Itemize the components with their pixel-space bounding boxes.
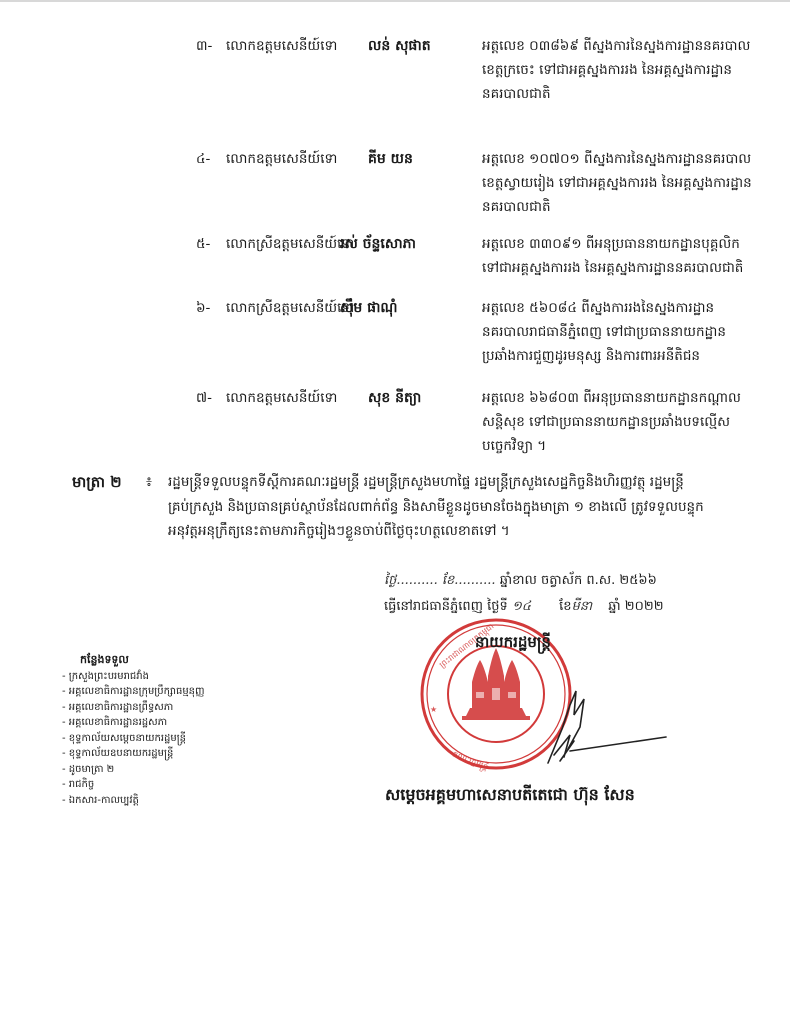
recipient-item: - ខុទ្ទកាល័យឧបនាយករដ្ឋមន្ត្រី: [62, 746, 205, 762]
entry-rank: លោកស្រីឧត្តមសេនីយ៍ទោ: [226, 296, 354, 320]
desc-line: អត្តលេខ ៣៣០៩១ ពីអនុប្រធាននាយកដ្ឋានបុគ្គល…: [482, 232, 782, 256]
entry-rank: លោកឧត្តមសេនីយ៍ទោ: [226, 34, 337, 58]
recipients-list: កន្លែងទទួល - ក្រសួងព្រះបរមរាជវាំង - អគ្គ…: [62, 652, 205, 808]
desc-line: ខេត្តក្រចេះ ទៅជាអគ្គស្នងការរង នៃអគ្គស្នង…: [482, 58, 782, 82]
recipient-item: - ខុទ្ទកាល័យសម្តេចនាយករដ្ឋមន្ត្រី: [62, 731, 205, 747]
entry-name: លន់ សុផាត: [368, 34, 431, 58]
article-label: មាត្រា ២: [72, 470, 122, 495]
article-line: គ្រប់ក្រសួង និងប្រធានគ្រប់ស្ថាប័នដែលពាក់…: [168, 495, 784, 520]
desc-line: សន្តិសុខ ទៅជាប្រធាននាយកដ្ឋានប្រឆាំងបទល្ម…: [482, 410, 782, 434]
recipient-item: - រាជកិច្ច: [62, 777, 205, 793]
dating-block: ថ្ងៃ.......... ខែ.......... ឆ្នាំខាល ចត្…: [384, 568, 784, 620]
svg-text:គណៈរដ្ឋមន្ត្រី: គណៈរដ្ឋមន្ត្រី: [451, 749, 490, 772]
document-page: ៣- លោកឧត្តមសេនីយ៍ទោ លន់ សុផាត អត្តលេខ ០៣…: [0, 0, 790, 1024]
article-line: អនុវត្តអនុក្រឹត្យនេះតាមភារកិច្ចរៀងៗខ្លួន…: [168, 519, 784, 544]
recipient-item: - អគ្គលេខាធិការដ្ឋានក្រុមប្រឹក្សាធម្មនុញ…: [62, 684, 205, 700]
article-colon: ៖: [146, 470, 152, 495]
entry-rank: លោកឧត្តមសេនីយ៍ទោ: [226, 386, 337, 410]
lunar-date-handwritten: ថ្ងៃ.......... ខែ..........: [384, 573, 496, 588]
desc-line: បច្ចេកវិទ្យា ។: [482, 434, 782, 458]
entry-number: ៤-: [196, 147, 226, 171]
handwritten-signature-icon: [540, 685, 670, 765]
recipient-item: - អគ្គលេខាធិការដ្ឋានព្រឹទ្ធសភា: [62, 700, 205, 716]
entry-description: អត្តលេខ ០៣៨៦៩ ពីស្នងការនៃស្នងការដ្ឋាននគរ…: [482, 34, 782, 106]
entry-description: អត្តលេខ ១០៧០១ ពីស្នងការនៃស្នងការដ្ឋាននគរ…: [482, 147, 782, 219]
entry-number: ៧-: [196, 386, 226, 410]
recipient-item: - ឯកសារ-កាលប្បវត្តិ: [62, 793, 205, 809]
desc-line: នគរបាលជាតិ: [482, 82, 782, 106]
entry-name: រស់ ច័ន្ទសោភា: [340, 232, 416, 256]
recipient-item: - អគ្គលេខាធិការដ្ឋានរដ្ឋសភា: [62, 715, 205, 731]
entry-description: អត្តលេខ ៦៦៨០៣ ពីអនុប្រធាននាយកដ្ឋានកណ្តាល…: [482, 386, 782, 458]
desc-line: អត្តលេខ ១០៧០១ ពីស្នងការនៃស្នងការដ្ឋាននគរ…: [482, 147, 782, 171]
entry-description: អត្តលេខ ៣៣០៩១ ពីអនុប្រធាននាយកដ្ឋានបុគ្គល…: [482, 232, 782, 280]
entry-rank: លោកឧត្តមសេនីយ៍ទោ: [226, 147, 337, 171]
day-handwritten: ១៤: [512, 599, 531, 614]
entry-rank: លោកស្រីឧត្តមសេនីយ៍ទោ: [226, 232, 354, 256]
recipient-item: - ដូចមាត្រា ២: [62, 762, 205, 778]
entry-description: អត្តលេខ ៥៦០៨៤ ពីស្នងការរងនៃស្នងការដ្ឋាន …: [482, 296, 782, 368]
entry-name: គីម យន: [368, 147, 413, 171]
year: ឆ្នាំ ២០២២: [608, 599, 663, 614]
lunar-year: ឆ្នាំខាល ចត្វាស័ក ព.ស. ២៥៦៦: [500, 573, 657, 588]
recipient-item: - ក្រសួងព្រះបរមរាជវាំង: [62, 669, 205, 685]
desc-line: អត្តលេខ ៥៦០៨៤ ពីស្នងការរងនៃស្នងការដ្ឋាន: [482, 296, 782, 320]
entry-number: ៣-: [196, 34, 226, 58]
desc-line: នគរបាលរាជធានីភ្នំពេញ ទៅជាប្រធាននាយកដ្ឋាន: [482, 320, 782, 344]
desc-line: ខេត្តស្វាយរៀង ទៅជាអគ្គស្នងការរង នៃអគ្គស្…: [482, 171, 782, 195]
page-top-edge: [0, 0, 790, 2]
desc-line: អត្តលេខ ៦៦៨០៣ ពីអនុប្រធាននាយកដ្ឋានកណ្តាល: [482, 386, 782, 410]
signatory-title: នាយករដ្ឋមន្ត្រី: [475, 633, 551, 655]
desc-line: នគរបាលជាតិ: [482, 195, 782, 219]
article-body: រដ្ឋមន្ត្រីទទួលបន្ទុកទីស្តីការគណៈរដ្ឋមន្…: [168, 470, 784, 544]
desc-line: អត្តលេខ ០៣៨៦៩ ពីស្នងការនៃស្នងការដ្ឋាននគរ…: [482, 34, 782, 58]
desc-line: ទៅជាអគ្គស្នងការរង នៃអគ្គស្នងការដ្ឋាននគរប…: [482, 256, 782, 280]
article-line: រដ្ឋមន្ត្រីទទួលបន្ទុកទីស្តីការគណៈរដ្ឋមន្…: [168, 470, 784, 495]
entry-number: ៥-: [196, 232, 226, 256]
recipients-heading: កន្លែងទទួល: [80, 652, 205, 668]
desc-line: ប្រឆាំងការជួញដូរមនុស្ស និងការពារអនីតិជន: [482, 344, 782, 368]
entry-name: ស៊ឹម ផាណុំ: [340, 296, 398, 320]
month-handwritten: មីនា: [572, 599, 593, 614]
month-prefix: ខែ: [559, 599, 571, 614]
svg-text:★: ★: [430, 705, 437, 714]
signatory-name: សម្តេចអគ្គមហាសេនាបតីតេជោ ហ៊ុន សែន: [385, 784, 635, 808]
lunar-date-row: ថ្ងៃ.......... ខែ.......... ឆ្នាំខាល ចត្…: [384, 568, 784, 594]
entry-number: ៦-: [196, 296, 226, 320]
place-prefix: ធ្វើនៅរាជធានីភ្នំពេញ ថ្ងៃទី: [384, 599, 508, 614]
entry-name: សុខ នីត្យា: [368, 386, 421, 410]
